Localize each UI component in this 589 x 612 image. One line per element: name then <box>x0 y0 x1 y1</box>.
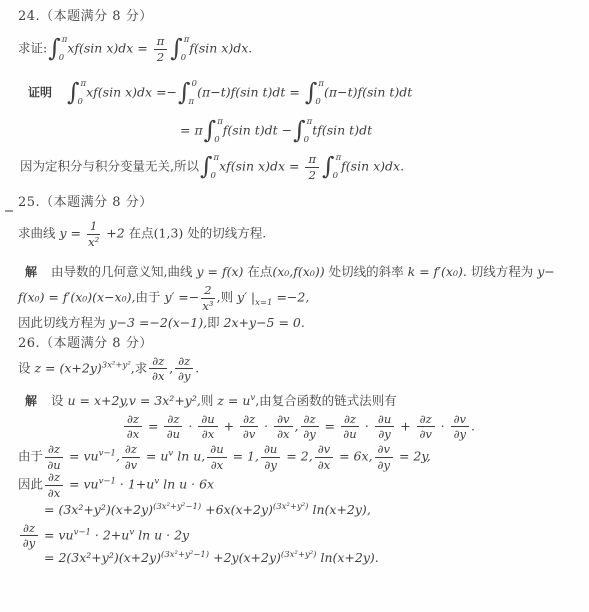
problem-26-statement: 设 z = (x+2y)3x²+y²,求∂z∂x,∂z∂y. <box>18 355 579 383</box>
integral-upper-limit: π <box>307 118 313 127</box>
integral-limits: π0 <box>306 118 312 145</box>
text-run: 则 <box>201 393 217 408</box>
problem-25-statement: 求曲线 y = 1x² +2 在点(1,3) 处的切线方程. <box>18 220 579 248</box>
math-run: · <box>260 418 272 433</box>
integral-lower-limit: 0 <box>315 98 321 107</box>
fraction: ∂u∂y <box>375 413 394 441</box>
integral: ∫π0 <box>170 34 188 64</box>
fraction-numerator: ∂z <box>45 471 63 486</box>
fraction-denominator: x² <box>88 235 99 249</box>
fraction-denominator: 2 <box>309 168 316 182</box>
math-run: · <box>361 418 373 433</box>
math-run: = 1, <box>229 449 259 464</box>
integral: ∫π0 <box>293 116 311 146</box>
math-run: f(x₀) = f′(x₀)(x−x₀), <box>18 290 135 305</box>
fraction: ∂z∂v <box>417 413 435 441</box>
math-run: · 1+u <box>116 477 154 492</box>
superscript-exponent: (3x²+y²−1) <box>161 550 209 560</box>
integral-limits: π0 <box>183 36 189 63</box>
integral-upper-limit: π <box>184 36 190 45</box>
superscript-exponent: (3x²+y²−1) <box>153 502 201 512</box>
math-run: (π−t)f(sin t)dt = <box>197 85 304 100</box>
fraction-denominator: ∂y <box>454 427 466 441</box>
superscript-exponent: v−1 <box>99 477 116 487</box>
fraction-denominator: ∂u <box>47 458 60 472</box>
superscript-exponent: (3x²+y²) <box>281 550 317 560</box>
problem-26-solution-line-5: = (3x²+y²)(x+2y)(3x²+y²−1) +6x(x+2y)(3x²… <box>44 502 579 520</box>
fraction: ∂z∂v <box>122 443 140 471</box>
fraction-denominator: x³ <box>202 299 213 313</box>
problem-26-heading: 26.（本题满分 8 分） <box>18 335 579 353</box>
problem-25-solution-line-1: 解由导数的几何意义知,曲线 y = f(x) 在点(x₀,f(x₀)) 处切线的… <box>25 264 579 282</box>
fraction-denominator: ∂x <box>318 458 330 472</box>
math-run: = 2, <box>282 449 312 464</box>
problem-26-solution-line-4: 因此∂z∂x = vuv−1 · 1+uv ln u · 6x <box>18 471 579 499</box>
text-run: 由于 <box>18 449 43 464</box>
textbook-page: 24.（本题满分 8 分） 求证:∫π0xf(sin x)dx = π2∫π0f… <box>0 0 589 612</box>
integral: ∫π0 <box>67 78 85 108</box>
math-run: ln(x+2y), <box>309 502 371 517</box>
fraction-numerator: ∂z <box>124 413 142 428</box>
math-run: = <box>321 418 339 433</box>
fraction-numerator: ∂v <box>274 413 292 428</box>
math-run: , <box>295 418 299 433</box>
fraction: ∂u∂x <box>207 443 226 471</box>
problem-25-heading: 25.（本题满分 8 分） <box>18 194 579 212</box>
integral-upper-limit: π <box>217 118 223 127</box>
integral-upper-limit: π <box>336 154 342 163</box>
math-run: · 2+u <box>91 527 129 542</box>
fraction-denominator: ∂x <box>277 427 289 441</box>
math-run: y′ | <box>237 290 255 305</box>
text-run: 由于 <box>135 290 164 305</box>
fraction-numerator: π <box>305 153 319 168</box>
math-run: y = <box>59 226 84 241</box>
math-run: = vu <box>65 449 99 464</box>
text-run: 在点 <box>243 264 272 279</box>
integral: ∫π0 <box>322 152 340 182</box>
integral-lower-limit: π <box>189 98 195 107</box>
math-run: xf(sin x)dx = <box>219 159 303 174</box>
fraction: ∂z∂y <box>175 355 193 383</box>
fraction: ∂v∂x <box>274 413 292 441</box>
text-run: 求证: <box>18 41 47 56</box>
fraction: ∂z∂y <box>20 522 38 550</box>
fraction-numerator: π <box>154 35 168 50</box>
integral-limits: π0 <box>317 80 323 107</box>
text-run: 处切线的斜率 <box>325 264 408 279</box>
fraction-numerator: 1 <box>87 220 100 235</box>
bold-label: 解 <box>25 265 37 279</box>
math-run: +2y(x+2y) <box>209 550 281 565</box>
math-run: = 2(3x²+y²)(x+2y) <box>44 550 161 565</box>
fraction-denominator: ∂u <box>167 427 180 441</box>
math-run: = vu <box>40 527 74 542</box>
fraction: ∂z∂u <box>45 443 63 471</box>
math-run: = u <box>142 449 168 464</box>
fraction-denominator: ∂x <box>127 427 139 441</box>
math-run: =−2, <box>272 290 309 305</box>
fraction: 1x² <box>87 220 100 248</box>
fraction-denominator: ∂y <box>378 427 390 441</box>
integral-lower-limit: 0 <box>214 136 220 145</box>
text-run: 因为定积分与积分变量无关,所以 <box>20 159 199 174</box>
superscript-exponent: v−1 <box>99 449 116 459</box>
math-run: (x₀,f(x₀)) <box>272 264 324 279</box>
fraction: ∂v∂y <box>375 443 393 471</box>
fraction-denominator: ∂v <box>125 458 137 472</box>
text-run: 因此 <box>18 477 43 492</box>
fraction-numerator: ∂z <box>20 522 38 537</box>
scan-artifact-dash <box>5 210 13 212</box>
integral-lower-limit: 0 <box>59 54 65 63</box>
math-run: , <box>116 449 120 464</box>
fraction-numerator: ∂z <box>341 413 359 428</box>
fraction-denominator: 2 <box>157 50 164 64</box>
superscript-exponent: 3x²+y² <box>102 360 131 370</box>
fraction: ∂u∂y <box>261 443 280 471</box>
problem-26-chain-rule-line: ∂z∂x = ∂z∂u · ∂u∂x + ∂z∂v · ∂v∂x,∂z∂y = … <box>18 413 579 441</box>
text-run: 设 <box>51 393 67 408</box>
problem-24-heading: 24.（本题满分 8 分） <box>18 8 579 26</box>
problem-24-statement: 求证:∫π0xf(sin x)dx = π2∫π0f(sin x)dx. <box>18 34 579 64</box>
fraction-numerator: ∂v <box>451 413 469 428</box>
fraction-numerator: ∂v <box>375 443 393 458</box>
text-run: 由导数的几何意义知,曲线 <box>51 264 196 279</box>
problem-24-proof-line-2: = π∫π0f(sin t)dt −∫π0tf(sin t)dt <box>180 116 579 146</box>
fraction: ∂z∂x <box>149 355 167 383</box>
math-run: ln u · 6x <box>159 477 214 492</box>
math-run: (π−t)f(sin t)dt <box>324 85 412 100</box>
fraction-numerator: ∂u <box>261 443 280 458</box>
math-run: · <box>184 418 196 433</box>
text-run: 即 <box>207 315 223 330</box>
fraction: ∂z∂x <box>124 413 142 441</box>
problem-26-solution-line-3: 由于∂z∂u = vuv−1,∂z∂v = uv ln u,∂u∂x = 1,∂… <box>18 443 579 471</box>
fraction: π2 <box>305 153 319 181</box>
fraction: ∂v∂x <box>315 443 333 471</box>
fraction-denominator: ∂y <box>264 458 276 472</box>
math-run: = <box>144 418 162 433</box>
fraction-denominator: ∂x <box>211 458 223 472</box>
fraction-numerator: ∂z <box>122 443 140 458</box>
math-run: f(sin t)dt − <box>223 123 292 138</box>
fraction-denominator: ∂y <box>303 427 315 441</box>
math-run: +2 <box>102 226 128 241</box>
text-run: 在点(1,3) 处的切线方程. <box>129 226 267 241</box>
fraction: 2x³ <box>201 284 214 312</box>
fraction: π2 <box>154 35 168 63</box>
fraction: ∂z∂x <box>45 471 63 499</box>
fraction-denominator: ∂x <box>202 427 214 441</box>
math-run: . <box>471 418 475 433</box>
math-run: · <box>437 418 449 433</box>
math-run: k = f′(x₀). <box>408 264 467 279</box>
math-run: + <box>220 418 238 433</box>
math-run: = vu <box>65 477 99 492</box>
integral-lower-limit: 0 <box>78 98 84 107</box>
math-run: y−3 =−2(x−1), <box>109 315 207 330</box>
problem-26-solution-line-1: 解设 u = x+2y,v = 3x²+y²,则 z = uv,由复合函数的链式… <box>25 393 579 411</box>
fraction-denominator: ∂y <box>23 536 35 550</box>
integral-upper-limit: 0 <box>192 80 198 89</box>
text-run: 设 <box>18 360 34 375</box>
fraction-denominator: ∂u <box>343 427 356 441</box>
math-run: + <box>396 418 414 433</box>
problem-26-solution-line-6: ∂z∂y = vuv−1 · 2+uv ln u · 2y <box>18 522 579 550</box>
integral-limits: π0 <box>335 154 341 181</box>
fraction-denominator: ∂v <box>419 427 431 441</box>
math-run: = (3x²+y²)(x+2y) <box>44 502 153 517</box>
math-run: y− <box>537 264 555 279</box>
integral-limits: 0π <box>191 80 197 107</box>
math-run: 2x+y−5 = 0. <box>224 315 305 330</box>
problem-25-solution-line-3: 因此切线方程为 y−3 =−2(x−1),即 2x+y−5 = 0. <box>18 315 579 333</box>
fraction-numerator: ∂z <box>149 355 167 370</box>
fraction-numerator: ∂z <box>301 413 319 428</box>
problem-26-solution-line-7: = 2(3x²+y²)(x+2y)(3x²+y²−1) +2y(x+2y)(3x… <box>44 550 579 568</box>
integral: ∫π0 <box>48 34 66 64</box>
problem-24-conclusion: 因为定积分与积分变量无关,所以∫π0xf(sin x)dx = π2∫π0f(s… <box>20 152 579 182</box>
fraction-denominator: ∂x <box>152 369 164 383</box>
problem-25-solution-line-2: f(x₀) = f′(x₀)(x−x₀),由于 y′ =−2x³,则 y′ |x… <box>18 284 579 312</box>
bold-label: 证明 <box>28 86 52 100</box>
bold-label: 解 <box>25 394 37 408</box>
fraction-denominator: ∂y <box>178 369 190 383</box>
math-run: tf(sin t)dt <box>312 123 372 138</box>
fraction-numerator: ∂u <box>375 413 394 428</box>
math-run: y′ =− <box>164 290 199 305</box>
fraction: ∂v∂y <box>451 413 469 441</box>
text-run: ,则 <box>217 290 237 305</box>
integral-lower-limit: 0 <box>333 172 339 181</box>
integral-limits: π0 <box>213 154 219 181</box>
fraction-numerator: ∂z <box>417 413 435 428</box>
math-run: u = x+2y,v = 3x²+y², <box>68 393 201 408</box>
integral-lower-limit: 0 <box>304 136 310 145</box>
fraction-numerator: ∂z <box>240 413 258 428</box>
math-run: ln(x+2y). <box>316 550 378 565</box>
text-run: , <box>169 360 173 375</box>
math-run: xf(sin x)dx = <box>67 41 151 56</box>
integral-limits: π0 <box>61 36 67 63</box>
math-run: xf(sin x)dx =− <box>86 85 177 100</box>
math-run: f(sin x)dx. <box>341 159 404 174</box>
fraction: ∂z∂u <box>164 413 182 441</box>
math-run: = 2y, <box>395 449 431 464</box>
math-run: y = f(x) <box>196 264 243 279</box>
math-run: +6x(x+2y) <box>201 502 273 517</box>
text-run: 切线方程为 <box>467 264 537 279</box>
math-run: = 6x, <box>335 449 372 464</box>
integral: ∫π0 <box>200 152 218 182</box>
integral: ∫0π <box>178 78 196 108</box>
superscript-exponent: v−1 <box>74 527 91 537</box>
fraction-numerator: 2 <box>201 284 214 299</box>
integral: ∫π0 <box>204 116 222 146</box>
math-run: z = u <box>217 393 250 408</box>
text-run: . <box>195 360 199 375</box>
fraction-denominator: ∂v <box>243 427 255 441</box>
integral-lower-limit: 0 <box>181 54 187 63</box>
fraction: ∂z∂y <box>301 413 319 441</box>
text-run: 求曲线 <box>18 226 59 241</box>
text-run: ,由复合函数的链式法则有 <box>255 393 396 408</box>
integral-upper-limit: π <box>81 80 87 89</box>
integral-limits: π0 <box>80 80 86 107</box>
integral: ∫π0 <box>305 78 323 108</box>
math-run: ln u, <box>173 449 205 464</box>
math-run: = π <box>180 123 203 138</box>
fraction-numerator: ∂v <box>315 443 333 458</box>
superscript-exponent: (3x²+y²) <box>273 502 309 512</box>
fraction-numerator: ∂z <box>175 355 193 370</box>
text-run: ,求 <box>131 360 147 375</box>
fraction-numerator: ∂z <box>45 443 63 458</box>
fraction-denominator: ∂y <box>378 458 390 472</box>
math-run: f(sin x)dx. <box>189 41 252 56</box>
integral-upper-limit: π <box>62 36 68 45</box>
integral-lower-limit: 0 <box>211 172 217 181</box>
subscript: x=1 <box>255 298 272 308</box>
fraction-numerator: ∂z <box>164 413 182 428</box>
fraction: ∂z∂v <box>240 413 258 441</box>
integral-upper-limit: π <box>214 154 220 163</box>
math-run: ln u · 2y <box>134 527 189 542</box>
fraction: ∂z∂u <box>341 413 359 441</box>
integral-limits: π0 <box>216 118 222 145</box>
fraction-denominator: ∂x <box>48 486 60 500</box>
fraction-numerator: ∂u <box>198 413 217 428</box>
fraction-numerator: ∂u <box>207 443 226 458</box>
text-run: 因此切线方程为 <box>18 315 109 330</box>
problem-24-proof-line-1: 证明∫π0xf(sin x)dx =−∫0π(π−t)f(sin t)dt = … <box>28 78 579 108</box>
fraction: ∂u∂x <box>198 413 217 441</box>
integral-upper-limit: π <box>318 80 324 89</box>
math-run: z = (x+2y) <box>34 360 101 375</box>
